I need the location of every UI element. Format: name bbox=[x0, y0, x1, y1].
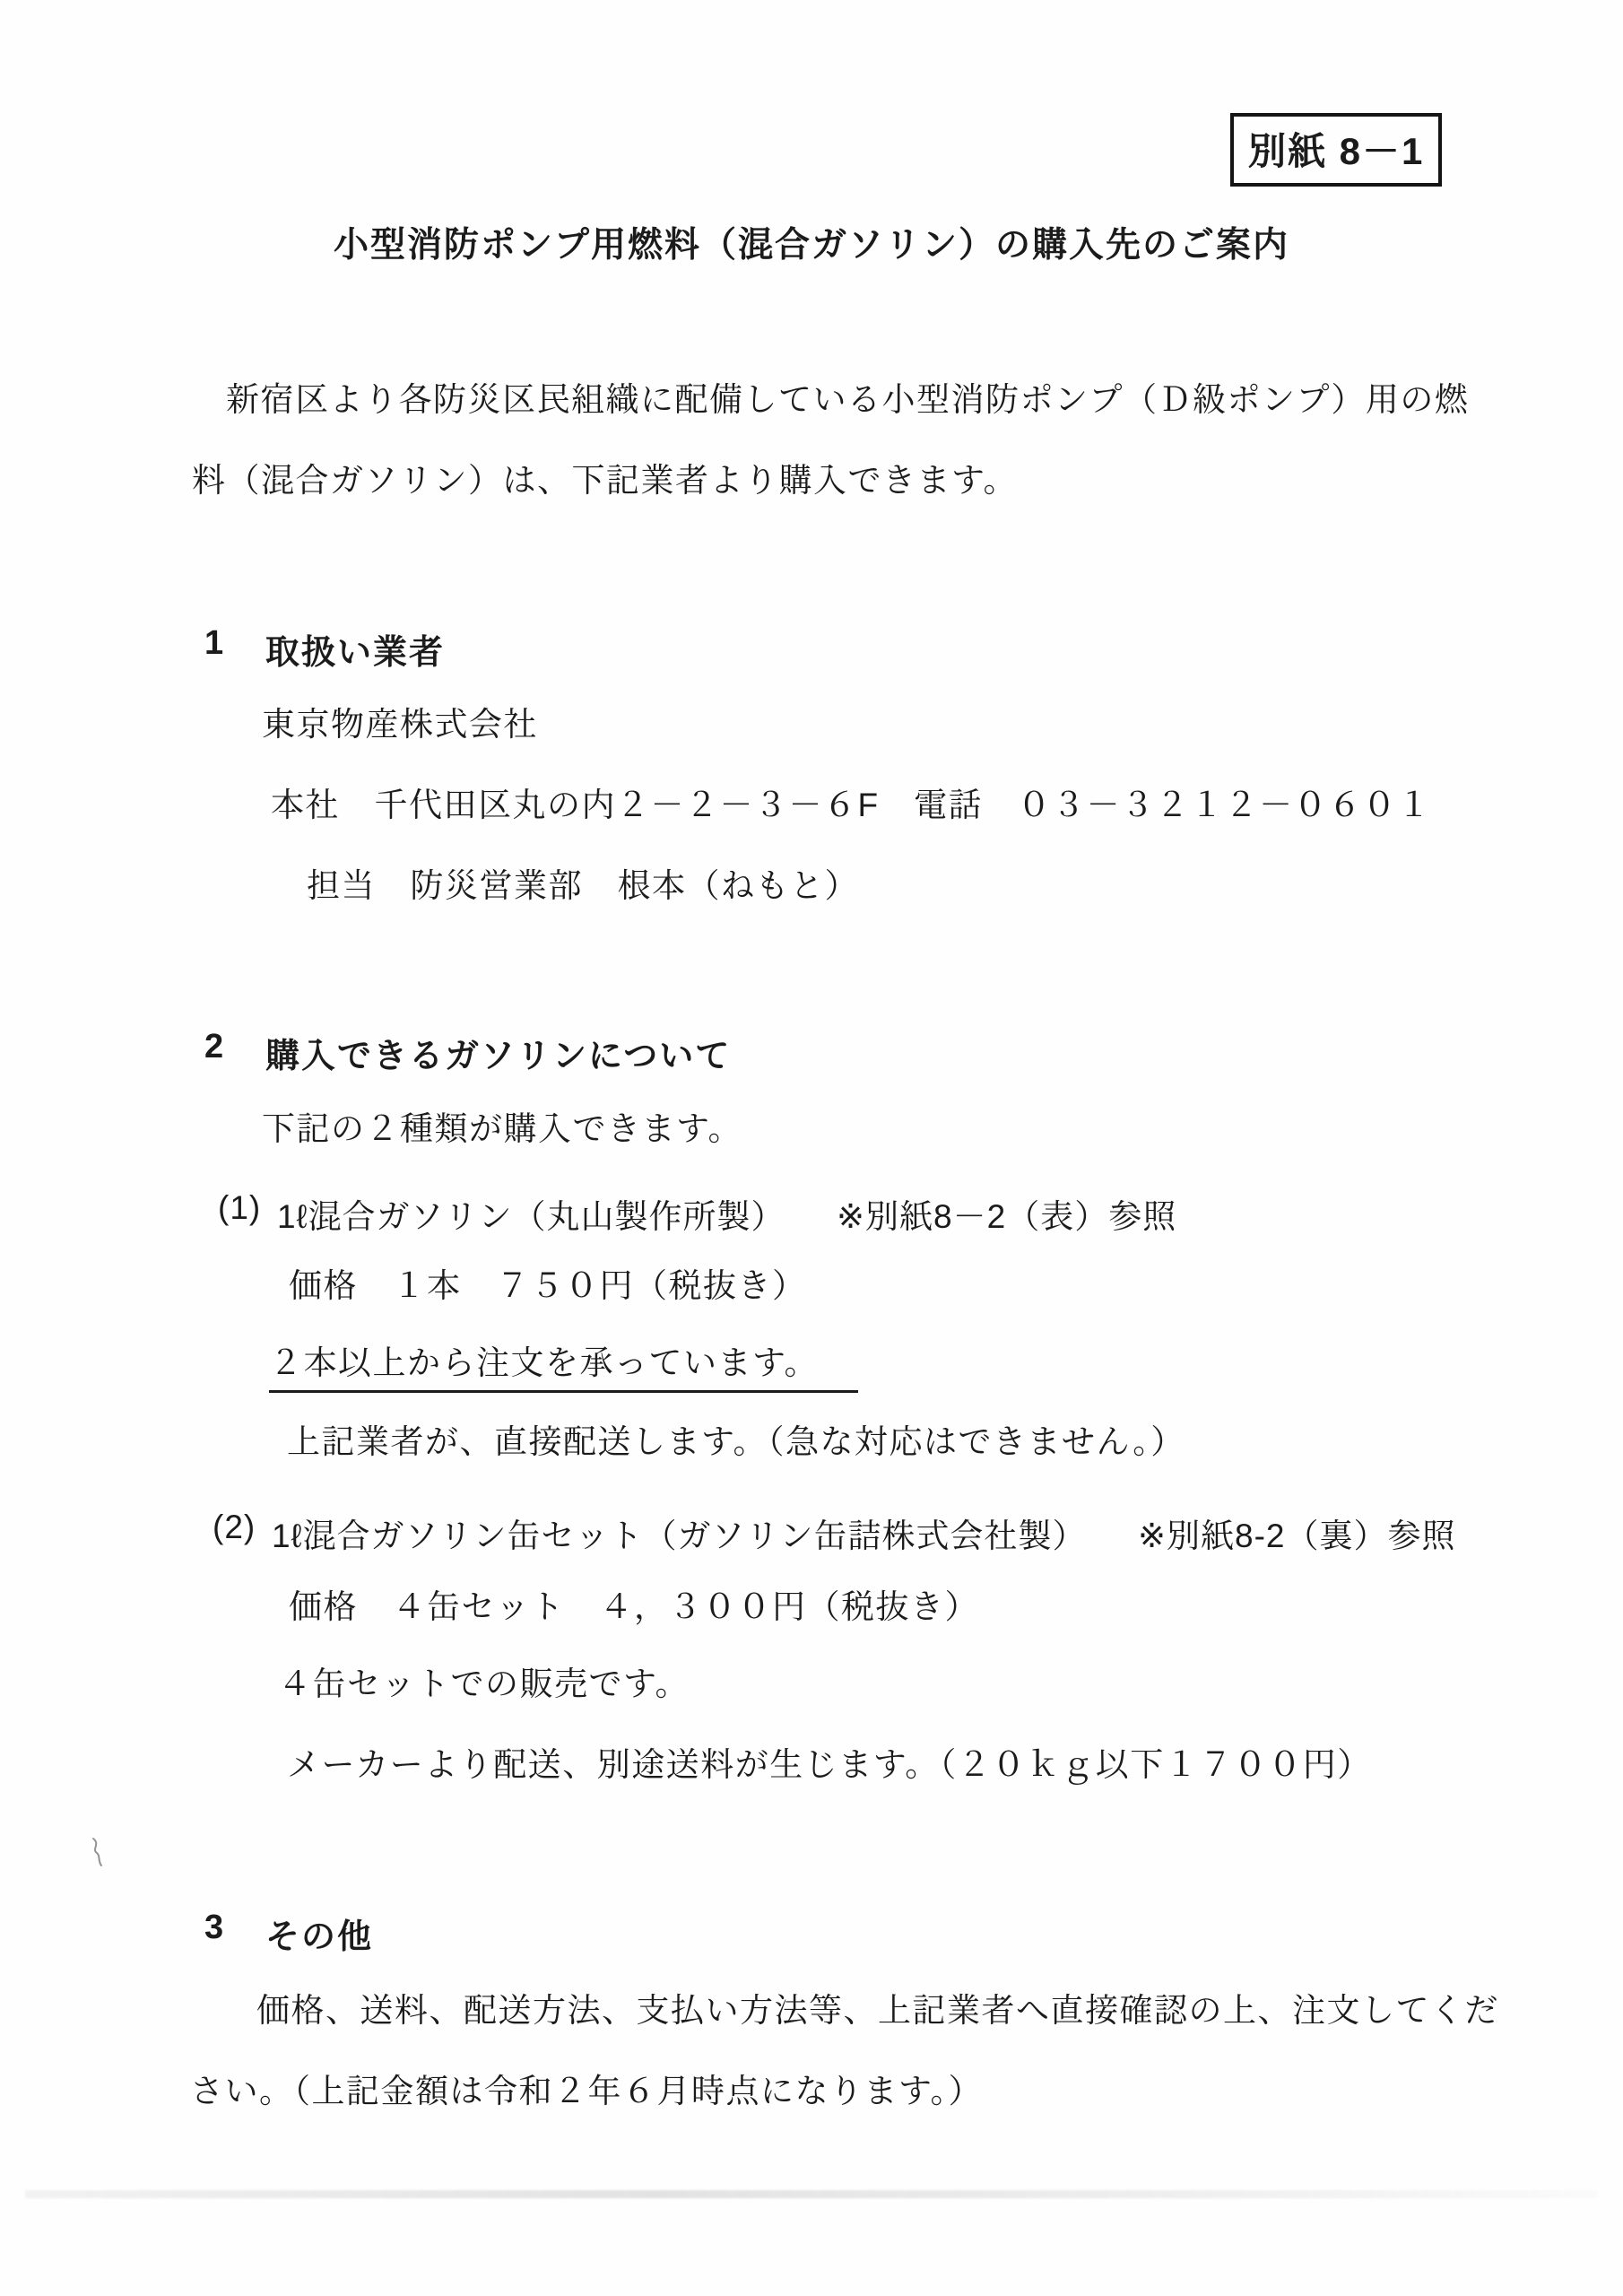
attachment-label: 別紙 8－1 bbox=[1230, 113, 1442, 187]
pen-mark-artifact bbox=[88, 1837, 111, 1867]
item1-name: 1ℓ混合ガソリン（丸山製作所製） ※別紙8－2（表）参照 bbox=[277, 1189, 1176, 1238]
gasoline-item-2: (2) 1ℓ混合ガソリン缶セット（ガソリン缶詰株式会社製） ※別紙8-2（裏）参… bbox=[213, 1509, 1456, 1557]
section3-heading-label: その他 bbox=[265, 1909, 373, 1958]
section3-body-line-1: 価格、送料、配送方法、支払い方法等、上記業者へ直接確認の上、注文してくだ bbox=[256, 1991, 1499, 2031]
section2-heading: 2 購入できるガソリンについて bbox=[204, 1028, 731, 1077]
intro-line-2: 料（混合ガソリン）は、下記業者より購入できます。 bbox=[192, 461, 1018, 500]
section3-heading: 3 その他 bbox=[204, 1909, 373, 1958]
vendor-contact-line: 担当 防災営業部 根本（ねもと） bbox=[307, 866, 859, 906]
gasoline-item-1: (1) 1ℓ混合ガソリン（丸山製作所製） ※別紙8－2（表）参照 bbox=[218, 1189, 1176, 1238]
item2-delivery-note: メーカーより配送、別途送料が生じます。（２０ｋｇ以下１７００円） bbox=[287, 1745, 1372, 1785]
item1-delivery-note: 上記業者が、直接配送します。（急な対応はできません。） bbox=[287, 1422, 1185, 1462]
item1-number: (1) bbox=[218, 1189, 277, 1238]
section2-lead: 下記の２種類が購入できます。 bbox=[262, 1109, 742, 1149]
item1-price: 価格 １本 ７５０円（税抜き） bbox=[289, 1266, 807, 1306]
scan-artifact-band bbox=[25, 2190, 1598, 2198]
section1-heading: 1 取扱い業者 bbox=[204, 624, 445, 674]
section1-number: 1 bbox=[204, 624, 265, 674]
section1-heading-label: 取扱い業者 bbox=[265, 624, 445, 674]
item2-name: 1ℓ混合ガソリン缶セット（ガソリン缶詰株式会社製） ※別紙8-2（裏）参照 bbox=[272, 1509, 1456, 1557]
section2-heading-label: 購入できるガソリンについて bbox=[265, 1028, 731, 1077]
item2-sales-note: ４缶セットでの販売です。 bbox=[278, 1665, 690, 1704]
item1-order-note: ２本以上から注文を承っています。 bbox=[269, 1344, 858, 1393]
document-title: 小型消防ポンプ用燃料（混合ガソリン）の購入先のご案内 bbox=[0, 217, 1623, 267]
section3-body-line-2: さい。（上記金額は令和２年６月時点になります。） bbox=[190, 2072, 983, 2111]
vendor-head-office-line: 本社 千代田区丸の内２－２－３－６F 電話 ０３－３２１２－０６０１ bbox=[271, 786, 1432, 825]
intro-line-1: 新宿区より各防災区民組織に配備している小型消防ポンプ（Ｄ級ポンプ）用の燃 bbox=[226, 380, 1469, 420]
item2-number: (2) bbox=[213, 1509, 272, 1557]
vendor-company-name: 東京物産株式会社 bbox=[262, 705, 538, 744]
item2-price: 価格 ４缶セット ４，３００円（税抜き） bbox=[289, 1587, 979, 1627]
section2-number: 2 bbox=[204, 1028, 265, 1077]
section3-number: 3 bbox=[204, 1909, 265, 1958]
scanned-document-page: 別紙 8－1 小型消防ポンプ用燃料（混合ガソリン）の購入先のご案内 新宿区より各… bbox=[0, 0, 1623, 2296]
